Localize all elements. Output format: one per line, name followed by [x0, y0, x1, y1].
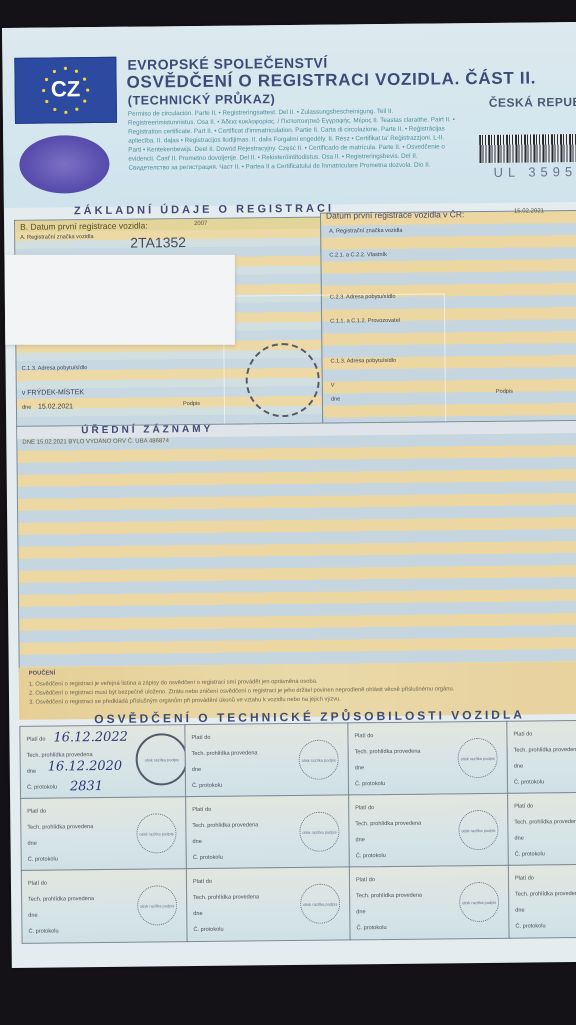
inspection-done-label: Tech. prohlídka provedena [355, 821, 421, 828]
protocol-label: Č. protokolu [515, 923, 545, 929]
inspection-done-label: Tech. prohlídka provedena [355, 749, 421, 756]
notice-item-1: 1. Osvědčení o registraci je veřejná lis… [29, 679, 318, 688]
valid-until-label: Platí do [515, 875, 534, 881]
plate-label-right: A. Registrační značka vozidla [329, 228, 402, 235]
protocol-label: Č. protokolu [356, 853, 386, 859]
date-label: dne [28, 913, 37, 919]
address-label-left: C.1.3. Adresa pobytu/sídlo [22, 365, 88, 372]
stamp-placeholder-icon: otisk razítka podpis [458, 810, 498, 850]
redacted-area [5, 255, 235, 345]
date-label: dne [356, 909, 365, 915]
owner-address-label: C.2.3. Adresa pobytu/sídlo [330, 294, 396, 301]
inspection-cell: Platí doTech. prohlídka provedenadneČ. p… [347, 721, 509, 797]
stamp-placeholder-icon: otisk razítka podpis [298, 740, 338, 780]
valid-until-label: Platí do [192, 807, 211, 813]
inspection-done-label: Tech. prohlídka provedena [27, 824, 93, 831]
inspection-done-label: Tech. prohlídka provedena [515, 891, 576, 898]
date-label: dne [192, 767, 201, 773]
valid-until-label: Platí do [26, 737, 45, 743]
inspection-done-label: Tech. prohlídka provedena [28, 896, 94, 903]
notice-item-3: 3. Osvědčení o registraci se předkládá p… [29, 696, 341, 705]
signature-label-left: Podpis [183, 401, 200, 407]
inspection-cell: Platí doTech. prohlídka provedenadneČ. p… [20, 796, 188, 872]
plate-label-left: A. Registrační značka vozidla [20, 234, 93, 241]
valid-until-label: Platí do [28, 881, 47, 887]
inspection-cell: Platí doTech. prohlídka provedenadneČ. p… [21, 868, 189, 944]
inspection-done-label: Tech. prohlídka provedena [514, 819, 576, 826]
owner-label: C.2.1. a C.2.2. Vlastník [329, 252, 387, 259]
date-label-left: dne [22, 405, 31, 411]
first-reg-value: 2007 [194, 221, 207, 227]
date-label: dne [514, 836, 523, 842]
inspection-cell: Platí doTech. prohlídka provedenadneČ. p… [186, 866, 352, 942]
date-label: dne [193, 911, 202, 917]
date-label-right: dne [331, 396, 340, 402]
protocol-label: Č. protokolu [27, 784, 57, 790]
valid-until-label: Platí do [355, 805, 374, 811]
inspection-cell: Platí doTech. prohlídka provedenadneČ. p… [506, 720, 576, 795]
records-panel [16, 420, 576, 672]
stamp-placeholder-icon: otisk razítka podpis [457, 738, 497, 778]
date-value-left: 15.02.2021 [38, 403, 73, 410]
section-title-basic: ZÁKLADNÍ ÚDAJE O REGISTRACI [74, 203, 334, 218]
protocol-label: Č. protokolu [28, 928, 58, 934]
title-line-3: (TECHNICKÝ PRŮKAZ) [128, 92, 276, 108]
inspection-done-label: Tech. prohlídka provedena [193, 894, 259, 901]
inspection-done-label: Tech. prohlídka provedena [514, 747, 576, 754]
stamp-placeholder-icon: otisk razítka podpis [459, 882, 499, 922]
protocol-label: Č. protokolu [355, 781, 385, 787]
inspection-done-label: Tech. prohlídka provedena [192, 822, 258, 829]
inspection-cell: Platí doTech. prohlídka provedenadneČ. p… [508, 864, 576, 939]
handwritten-valid-until: 16.12.2022 [53, 730, 128, 746]
protocol-label: Č. protokolu [28, 856, 58, 862]
section-title-records: ÚŘEDNÍ ZÁZNAMY [81, 424, 213, 436]
inspection-done-label: Tech. prohlídka provedena [27, 752, 93, 759]
operator-address-label: C.1.3. Adresa pobytu/sídlo [330, 358, 396, 365]
inspection-done-label: Tech. prohlídka provedena [356, 893, 422, 900]
stamp-placeholder-icon: otisk razítka podpis [135, 733, 188, 786]
protocol-label: Č. protokolu [193, 927, 223, 933]
inspection-cell: Platí doTech. prohlídka provedenadneČ. p… [348, 793, 510, 869]
date-label: dne [355, 837, 364, 843]
registration-certificate: CZ EVROPSKÉ SPOLEČENSTVÍ OSVĚDČENÍ O REG… [2, 22, 576, 968]
notice-item-2: 2. Osvědčení o registraci musí být bezpe… [29, 686, 454, 696]
date-label: dne [355, 765, 364, 771]
barcode-icon [479, 134, 576, 163]
operator-label: C.1.1. a C.1.2. Provozovatel [330, 318, 400, 325]
hologram-icon [19, 135, 110, 194]
first-reg-cz-label: Datum první registrace vozidla v ČR: [326, 209, 465, 220]
stamp-placeholder-icon: otisk razítka podpis [299, 812, 339, 852]
valid-until-label: Platí do [356, 877, 375, 883]
stamp-placeholder-icon: otisk razítka podpis [137, 885, 177, 925]
place-left: v FRÝDEK-MÍSTEK [22, 389, 84, 397]
valid-until-label: Platí do [193, 879, 212, 885]
stamp-placeholder-icon: otisk razítka podpis [136, 813, 176, 853]
date-label: dne [27, 769, 36, 775]
notice-title: POUČENÍ [29, 670, 55, 676]
protocol-label: Č. protokolu [193, 855, 223, 861]
country-code: CZ [16, 76, 116, 103]
country-name: ČESKÁ REPUBLIKA [489, 95, 576, 110]
title-line-2: OSVĚDČENÍ O REGISTRACI VOZIDLA. ČÁST II. [126, 68, 536, 92]
certificate-header: CZ EVROPSKÉ SPOLEČENSTVÍ OSVĚDČENÍ O REG… [2, 22, 576, 208]
valid-until-label: Platí do [354, 733, 373, 739]
protocol-label: Č. protokolu [356, 925, 386, 931]
eu-flag-icon: CZ [14, 57, 117, 124]
handwritten-date: 16.12.2020 [48, 759, 123, 775]
inspection-cell: Platí doTech. prohlídka provedenadneČ. p… [184, 722, 350, 798]
first-reg-label: B. Datum první registrace vozidla: [20, 220, 148, 231]
official-stamp-icon [245, 343, 320, 418]
first-reg-cz-value: 15.02.2021 [514, 208, 544, 214]
protocol-label: Č. protokolu [514, 779, 544, 785]
valid-until-label: Platí do [191, 735, 210, 741]
valid-until-label: Platí do [514, 803, 533, 809]
title-translations: Permiso de circulación. Parte II. • Regi… [128, 106, 459, 172]
date-label: dne [193, 839, 202, 845]
valid-until-label: Platí do [513, 731, 532, 737]
date-label: dne [514, 764, 523, 770]
protocol-label: Č. protokolu [515, 851, 545, 857]
valid-until-label: Platí do [27, 809, 46, 815]
stamp-placeholder-icon: otisk razítka podpis [300, 884, 340, 924]
inspection-cell: Platí doTech. prohlídka provedenadneČ. p… [507, 792, 576, 867]
inspection-cell: Platí doTech. prohlídka provedenadneČ. p… [349, 865, 511, 941]
inspection-done-label: Tech. prohlídka provedena [192, 750, 258, 757]
handwritten-protocol: 2831 [70, 779, 103, 794]
date-label: dne [28, 841, 37, 847]
inspection-cell: Platí doTech. prohlídka provedenadneČ. p… [185, 794, 351, 870]
protocol-label: Č. protokolu [192, 783, 222, 789]
serial-number: UL 35957 [493, 164, 576, 180]
place-label-right: V [331, 383, 335, 389]
plate-value: 2TA1352 [130, 234, 186, 251]
date-label: dne [515, 908, 524, 914]
signature-label-right: Podpis [496, 389, 513, 395]
